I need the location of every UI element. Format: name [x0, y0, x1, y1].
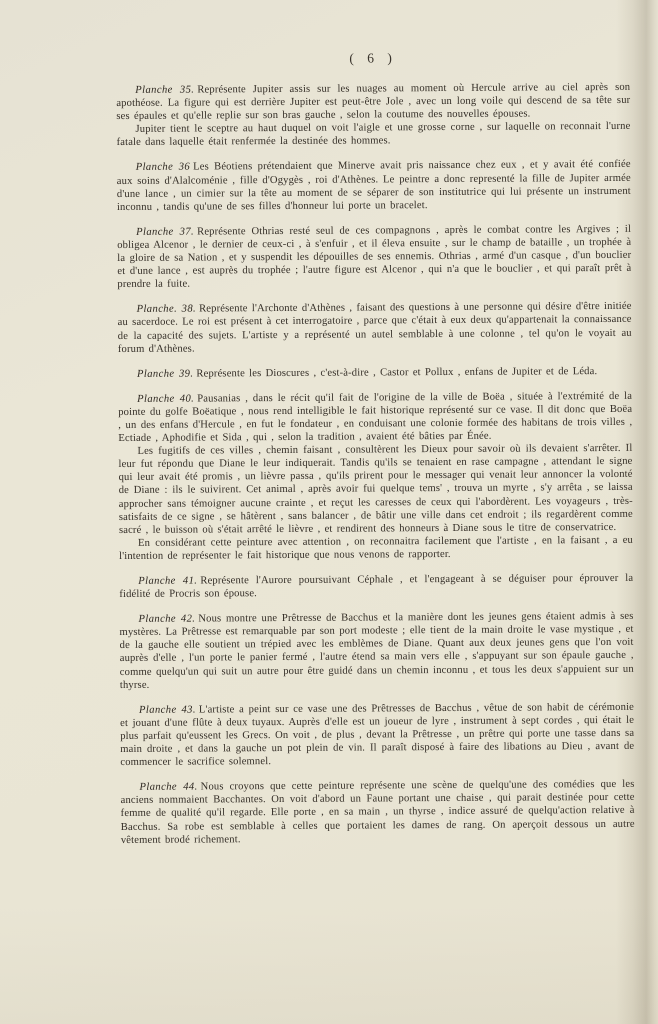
- entry-planche-39: Planche 39.Représente les Dioscures , c'…: [118, 365, 632, 381]
- planche-label: Planche 40.: [137, 393, 197, 404]
- entry-planche-35: Planche 35.Représente Jupiter assis sur …: [116, 81, 630, 150]
- entry-planche-42: Planche 42.Nous montre une Prêtresse de …: [119, 610, 633, 692]
- scanned-book-page: ( 6 ) Planche 35.Représente Jupiter assi…: [0, 0, 658, 1024]
- planche-label: Planche 37.: [136, 226, 197, 237]
- paragraph: Planche 40.Pausanias , dans le récit qu'…: [118, 390, 632, 446]
- paragraph-text: Représente les Dioscures , c'est-à-dire …: [196, 366, 597, 379]
- entry-planche-44: Planche 44.Nous croyons que cette peintu…: [120, 778, 634, 847]
- paragraph-text: Les Béotiens prétendaient que Minerve av…: [117, 159, 631, 212]
- planche-label: Planche 39.: [137, 368, 196, 379]
- entry-planche-37: Planche 37.Représente Othrias resté seul…: [117, 223, 631, 292]
- planche-label: Planche 36: [136, 162, 193, 173]
- planche-label: Planche 44.: [139, 782, 200, 793]
- paragraph: Planche 35.Représente Jupiter assis sur …: [116, 81, 630, 123]
- paragraph: Planche 44.Nous croyons que cette peintu…: [120, 778, 634, 847]
- paragraph: En considérant cette peinture avec atten…: [119, 534, 633, 563]
- planche-label: Planche 35.: [135, 85, 197, 96]
- paragraph: Planche 43.L'artiste a peint sur ce vase…: [120, 701, 634, 770]
- paragraph: Les fugitifs de ces villes , chemin fais…: [118, 442, 633, 537]
- planche-label: Planche 41.: [138, 575, 200, 586]
- paragraph: Planche 41.Représente l'Aurore poursuiva…: [119, 572, 633, 601]
- entry-planche-36: Planche 36Les Béotiens prétendaient que …: [117, 158, 631, 214]
- paragraph: Planche 37.Représente Othrias resté seul…: [117, 223, 631, 292]
- page-number: ( 6 ): [116, 49, 630, 68]
- paragraph: Planche 39.Représente les Dioscures , c'…: [118, 365, 632, 381]
- planche-label: Planche 42.: [138, 614, 198, 625]
- paragraph: Planche 36Les Béotiens prétendaient que …: [117, 158, 631, 214]
- planche-label: Planche. 38.: [137, 304, 200, 315]
- planche-label: Planche 43.: [139, 704, 199, 715]
- paragraph: Jupiter tient le sceptre au haut duquel …: [116, 120, 630, 149]
- text-block: ( 6 ) Planche 35.Représente Jupiter assi…: [116, 49, 635, 847]
- entry-planche-38: Planche. 38.Représente l'Archonte d'Athè…: [118, 300, 632, 356]
- paragraph: Planche 42.Nous montre une Prêtresse de …: [119, 610, 633, 692]
- entry-planche-40: Planche 40.Pausanias , dans le récit qu'…: [118, 390, 633, 563]
- paragraph: Planche. 38.Représente l'Archonte d'Athè…: [118, 300, 632, 356]
- entry-planche-43: Planche 43.L'artiste a peint sur ce vase…: [120, 701, 634, 770]
- entry-planche-41: Planche 41.Représente l'Aurore poursuiva…: [119, 572, 633, 601]
